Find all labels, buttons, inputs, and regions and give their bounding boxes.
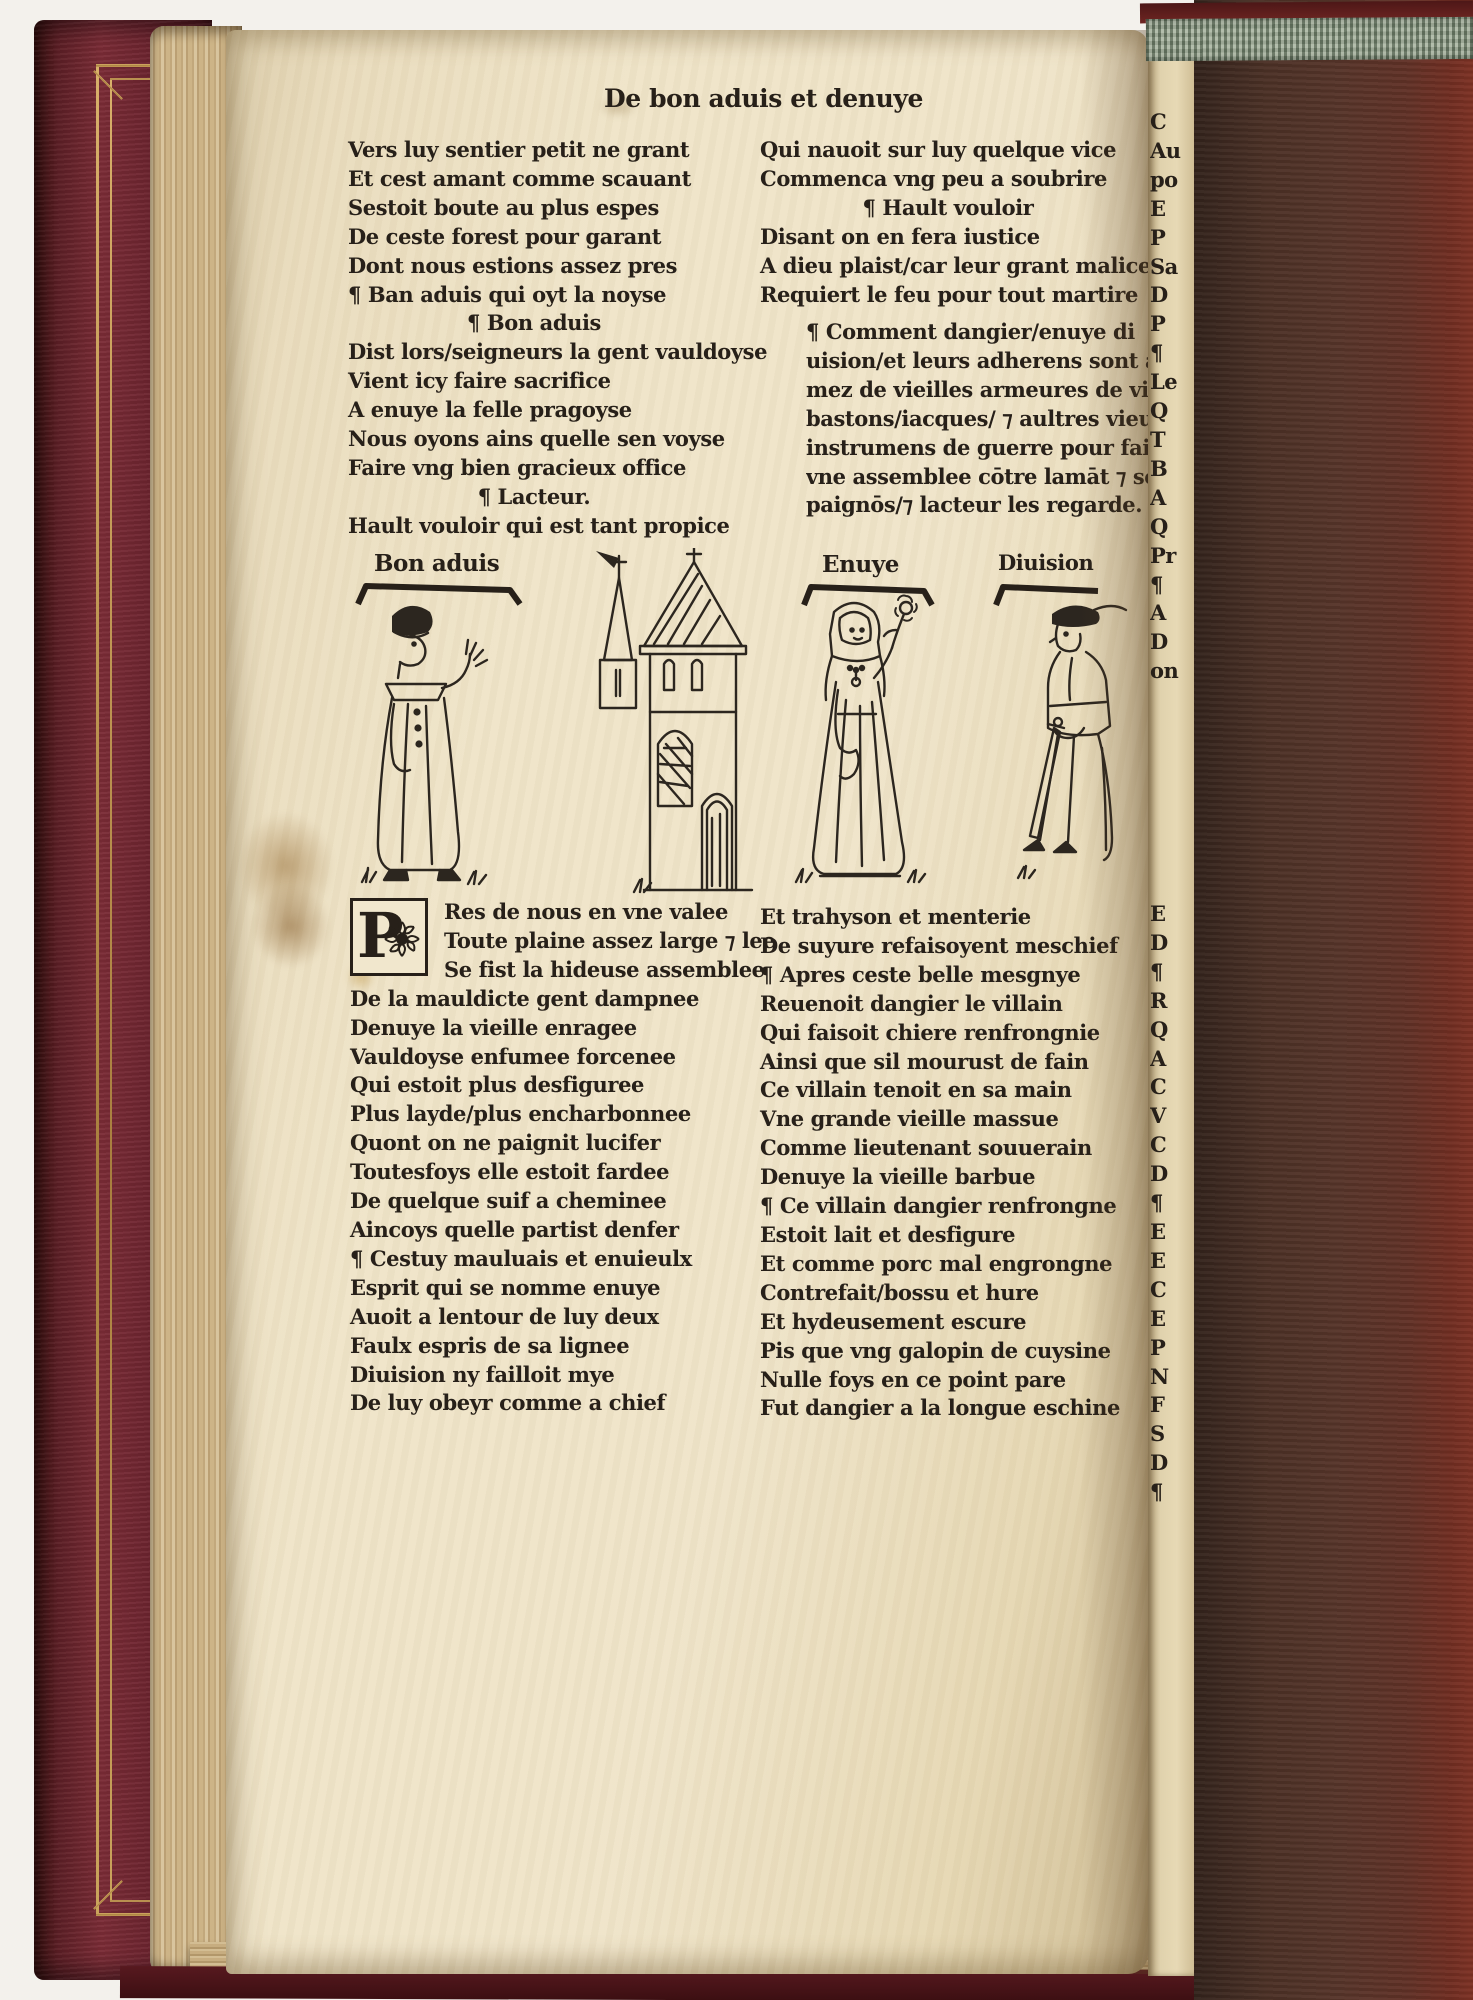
text-fragment: R xyxy=(1150,987,1194,1016)
text-fragment: E xyxy=(1150,1218,1194,1247)
text-fragment: po xyxy=(1150,166,1194,195)
text-fragment: C xyxy=(1150,1131,1194,1160)
text-line: Et cest amant comme scauant xyxy=(348,165,720,194)
text-fragment: P xyxy=(1150,1334,1194,1363)
text-fragment: B xyxy=(1150,455,1194,484)
text-fragment: Q xyxy=(1150,1016,1194,1045)
woodcut-enuye-woman xyxy=(780,590,932,890)
right-leather-cover xyxy=(1194,0,1473,2000)
book-photograph: De bon aduis et denuye Vers luy sentier … xyxy=(0,0,1473,2000)
text-line: Qui estoit plus desfiguree xyxy=(350,1071,724,1100)
text-fragment: ¶ xyxy=(1150,339,1194,368)
woodcut-bon-aduis-man xyxy=(348,592,500,888)
text-fragment: T xyxy=(1150,426,1194,455)
woodcut-label-enuye: Enuye xyxy=(822,551,899,578)
text-fragment: N xyxy=(1150,1363,1194,1392)
left-column-upper-verse: Vers luy sentier petit ne grantEt cest a… xyxy=(348,136,720,541)
text-line: Denuye la vieille enragee xyxy=(350,1014,724,1043)
text-fragment: ¶ xyxy=(1150,958,1194,987)
text-line: ¶ Lacteur. xyxy=(348,483,720,512)
text-line: Quont on ne paignit lucifer xyxy=(350,1129,724,1158)
text-line: De la mauldicte gent dampnee xyxy=(350,985,724,1014)
text-fragment: D xyxy=(1150,929,1194,958)
text-fragment: E xyxy=(1150,1305,1194,1334)
text-line: ¶ Ban aduis qui oyt la noyse xyxy=(348,281,720,310)
text-fragment: Au xyxy=(1150,137,1194,166)
gilt-border-line xyxy=(96,64,99,1916)
green-endpaper-band xyxy=(1146,17,1473,61)
text-line: Nous oyons ains quelle sen voyse xyxy=(348,425,720,454)
text-fragment: Le xyxy=(1150,368,1194,397)
running-title: De bon aduis et denuye xyxy=(604,84,923,114)
gutter-shadow xyxy=(1080,30,1148,1974)
text-fragment: C xyxy=(1150,1276,1194,1305)
text-line: Esprit qui se nomme enuye xyxy=(350,1274,724,1303)
text-fragment: E xyxy=(1150,195,1194,224)
next-page-text-fragments: ED¶RQACVCD¶EECEPNFSD¶ xyxy=(1150,900,1194,1510)
text-fragment: Q xyxy=(1150,513,1194,542)
text-line: Diuision ny failloit mye xyxy=(350,1361,724,1390)
text-fragment: F xyxy=(1150,1391,1194,1420)
text-line: Vauldoyse enfumee forcenee xyxy=(350,1043,724,1072)
text-line: Se fist la hideuse assemblee xyxy=(350,956,724,985)
text-fragment: D xyxy=(1150,1449,1194,1478)
text-line: Dist lors/seigneurs la gent vauldoyse xyxy=(348,338,720,367)
text-line: Dont nous estions assez pres xyxy=(348,252,720,281)
text-fragment: A xyxy=(1150,599,1194,628)
text-fragment: ¶ xyxy=(1150,571,1194,600)
text-fragment: D xyxy=(1150,1160,1194,1189)
foxing-stain xyxy=(252,884,330,968)
text-line: Auoit a lentour de luy deux xyxy=(350,1303,724,1332)
text-fragment: D xyxy=(1150,628,1194,657)
text-fragment: S xyxy=(1150,1420,1194,1449)
gilt-border-line xyxy=(110,78,112,1902)
text-fragment: on xyxy=(1150,657,1194,686)
text-fragment: Q xyxy=(1150,397,1194,426)
text-line: Faire vng bien gracieux office xyxy=(348,454,720,483)
text-fragment: C xyxy=(1150,108,1194,137)
woodcut-label-bon-aduis: Bon aduis xyxy=(374,550,499,577)
text-fragment: ¶ xyxy=(1150,1478,1194,1507)
text-fragment: Pr xyxy=(1150,542,1194,571)
next-page-text-fragments: CAupoEPSaDP¶LeQTBAQPr¶ADon xyxy=(1150,108,1194,708)
text-line: Vers luy sentier petit ne grant xyxy=(348,136,720,165)
text-line: ¶ Bon aduis xyxy=(348,309,720,338)
text-fragment: D xyxy=(1150,281,1194,310)
text-line: De ceste forest pour garant xyxy=(348,223,720,252)
text-fragment: ¶ xyxy=(1150,1189,1194,1218)
text-fragment: P xyxy=(1150,224,1194,253)
woodcut-chapel xyxy=(574,548,760,894)
text-fragment: C xyxy=(1150,1073,1194,1102)
text-line: Plus layde/plus encharbonnee xyxy=(350,1100,724,1129)
text-fragment: E xyxy=(1150,900,1194,929)
text-fragment: E xyxy=(1150,1247,1194,1276)
text-fragment: Sa xyxy=(1150,253,1194,282)
text-line: Toute plaine assez large ⁊ lee xyxy=(350,927,724,956)
text-line: Toutesfoys elle estoit fardee xyxy=(350,1158,724,1187)
text-line: Faulx espris de sa lignee xyxy=(350,1332,724,1361)
text-fragment: V xyxy=(1150,1102,1194,1131)
text-line: Vient icy faire sacrifice xyxy=(348,367,720,396)
text-fragment: A xyxy=(1150,484,1194,513)
text-line: Res de nous en vne valee xyxy=(350,898,724,927)
text-line: De quelque suif a cheminee xyxy=(350,1187,724,1216)
text-line: Hault vouloir qui est tant propice xyxy=(348,512,720,541)
text-line: Aincoys quelle partist denfer xyxy=(350,1216,724,1245)
text-line: De luy obeyr comme a chief xyxy=(350,1389,724,1418)
left-column-lower-verse: Res de nous en vne valeeToute plaine ass… xyxy=(350,898,724,1418)
text-fragment: A xyxy=(1150,1045,1194,1074)
text-fragment: P xyxy=(1150,310,1194,339)
text-line: Sestoit boute au plus espes xyxy=(348,194,720,223)
text-line: ¶ Cestuy mauluais et enuieulx xyxy=(350,1245,724,1274)
text-line: A enuye la felle pragoyse xyxy=(348,396,720,425)
